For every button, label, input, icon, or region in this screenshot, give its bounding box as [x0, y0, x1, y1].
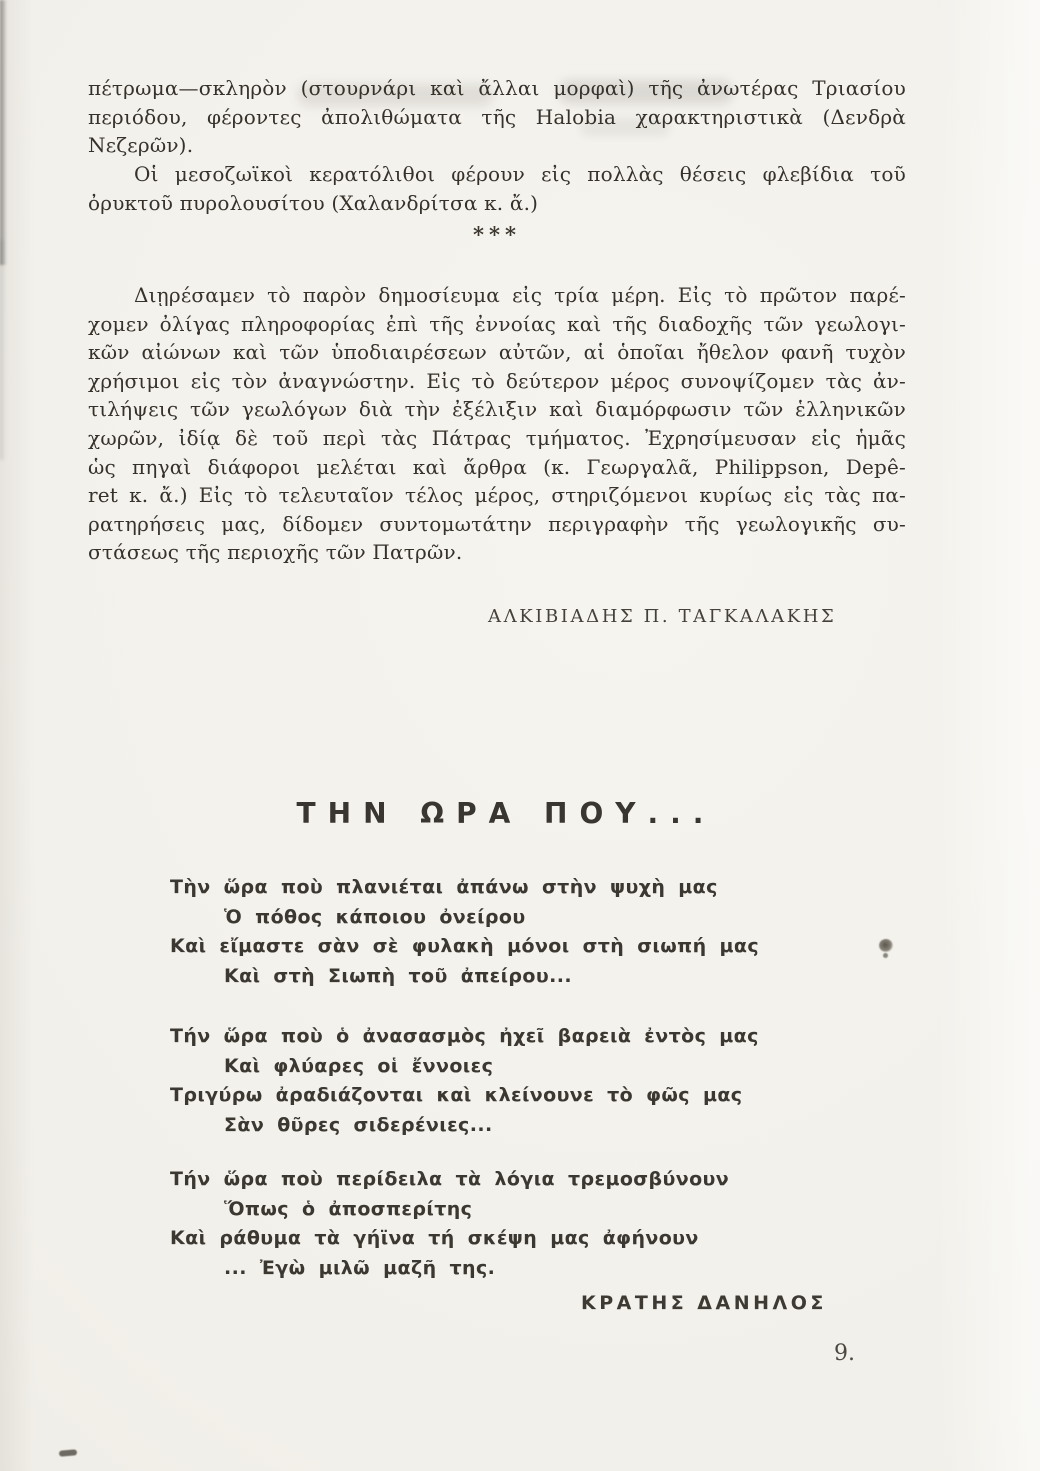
- poem-line: Καὶ στὴ Σιωπὴ τοῦ ἀπείρου...: [170, 962, 759, 992]
- page-number: 9.: [834, 1341, 855, 1366]
- poem-line: Σὰν θῦρες σιδερένιες...: [170, 1111, 759, 1141]
- ink-speck: [879, 939, 893, 952]
- poem-stanza-1: Τὴν ὥρα ποὺ πλανιέται ἀπάνω στὴν ψυχὴ μα…: [170, 873, 759, 991]
- text-line: Οἱ μεσοζωϊκοὶ κερατόλιθοι φέρουν εἰς πολ…: [88, 160, 906, 189]
- poem-line: Ὁ πόθος κάποιου ὀνείρου: [170, 903, 759, 933]
- ink-speck: [883, 953, 888, 958]
- ink-smudge: [59, 1449, 77, 1457]
- text-line: κῶν αἰώνων καὶ τῶν ὑποδιαιρέσεων αὐτῶν, …: [88, 338, 906, 367]
- text-line: Διῃρέσαμεν τὸ παρὸν δημοσίευμα εἰς τρία …: [88, 281, 906, 310]
- article-author: ΑΛΚΙΒΙΑΔΗΣ Π. ΤΑΓΚΑΛΑΚΗΣ: [488, 606, 836, 627]
- text-line: χρήσιμοι εἰς τὸν ἀναγνώστην. Εἰς τὸ δεύτ…: [88, 367, 906, 396]
- poem-line: Καὶ εἴμαστε σὰν σὲ φυλακὴ μόνοι στὴ σιωπ…: [170, 932, 759, 962]
- text-line: χωρῶν, ἰδίᾳ δὲ τοῦ περὶ τὰς Πάτρας τμήμα…: [88, 424, 906, 453]
- text-line: περιόδου, φέροντες ἀπολιθώματα τῆς Halob…: [88, 103, 906, 132]
- poem-author: ΚΡΑΤΗΣ ΔΑΝΗΛΟΣ: [581, 1292, 827, 1314]
- poem-line: ... Ἐγὼ μιλῶ μαζῆ της.: [170, 1254, 729, 1284]
- text-line: πέτρωμα—σκληρὸν (στουρνάρι καὶ ἄλλαι μορ…: [88, 74, 906, 103]
- scan-edge-shadow: [0, 0, 7, 265]
- text-line: ret κ. ἄ.) Εἰς τὸ τελευταῖον τέλος μέρος…: [88, 481, 906, 510]
- text-line: τιλήψεις τῶν γεωλόγων διὰ τὴν ἐξέλιξιν κ…: [88, 395, 906, 424]
- paragraph: πέτρωμα—σκληρὸν (στουρνάρι καὶ ἄλλαι μορ…: [88, 74, 906, 160]
- paragraph: Διῃρέσαμεν τὸ παρὸν δημοσίευμα εἰς τρία …: [88, 281, 906, 567]
- text-line: ὡς πηγαὶ διάφοροι μελέται καὶ ἄρθρα (κ. …: [88, 453, 906, 482]
- paragraph: Οἱ μεσοζωϊκοὶ κερατόλιθοι φέρουν εἰς πολ…: [88, 160, 906, 217]
- poem-line: Τήν ὥρα ποὺ ὁ ἀνασασμὸς ἠχεῖ βαρειὰ ἐντὸ…: [170, 1022, 759, 1052]
- scan-edge-shadow: [0, 240, 5, 460]
- poem-line: Τήν ὥρα ποὺ περίδειλα τὰ λόγια τρεμοσβύν…: [170, 1165, 729, 1195]
- poem-line: Τὴν ὥρα ποὺ πλανιέται ἀπάνω στὴν ψυχὴ μα…: [170, 873, 759, 903]
- poem-line: Ὅπως ὁ ἀποσπερίτης: [170, 1195, 729, 1225]
- poem-stanza-3: Τήν ὥρα ποὺ περίδειλα τὰ λόγια τρεμοσβύν…: [170, 1165, 729, 1283]
- poem-line: Καὶ φλύαρες οἱ ἔννοιες: [170, 1052, 759, 1082]
- poem-title: ΤΗΝ ΩΡΑ ΠΟΥ...: [0, 797, 1026, 830]
- text-line: στάσεως τῆς περιοχῆς τῶν Πατρῶν.: [88, 538, 906, 567]
- asterisk-separator: ***: [88, 222, 906, 247]
- poem-line: Τριγύρω ἀραδιάζονται καὶ κλείνουνε τὸ φῶ…: [170, 1081, 759, 1111]
- poem-line: Καὶ ράθυμα τὰ γήϊνα τή σκέψη μας ἀφήνουν: [170, 1224, 729, 1254]
- text-line: ρατηρήσεις μας, δίδομεν συντομωτάτην περ…: [88, 510, 906, 539]
- text-line: χομεν ὀλίγας πληροφορίας ἐπὶ τῆς ἐννοίας…: [88, 310, 906, 339]
- text-line: ὀρυκτοῦ πυρολουσίτου (Χαλανδρίτσα κ. ἄ.): [88, 189, 906, 218]
- scanned-page: πέτρωμα—σκληρὸν (στουρνάρι καὶ ἄλλαι μορ…: [0, 0, 1040, 1471]
- text-line: Νεζερῶν).: [88, 131, 906, 160]
- poem-stanza-2: Τήν ὥρα ποὺ ὁ ἀνασασμὸς ἠχεῖ βαρειὰ ἐντὸ…: [170, 1022, 759, 1140]
